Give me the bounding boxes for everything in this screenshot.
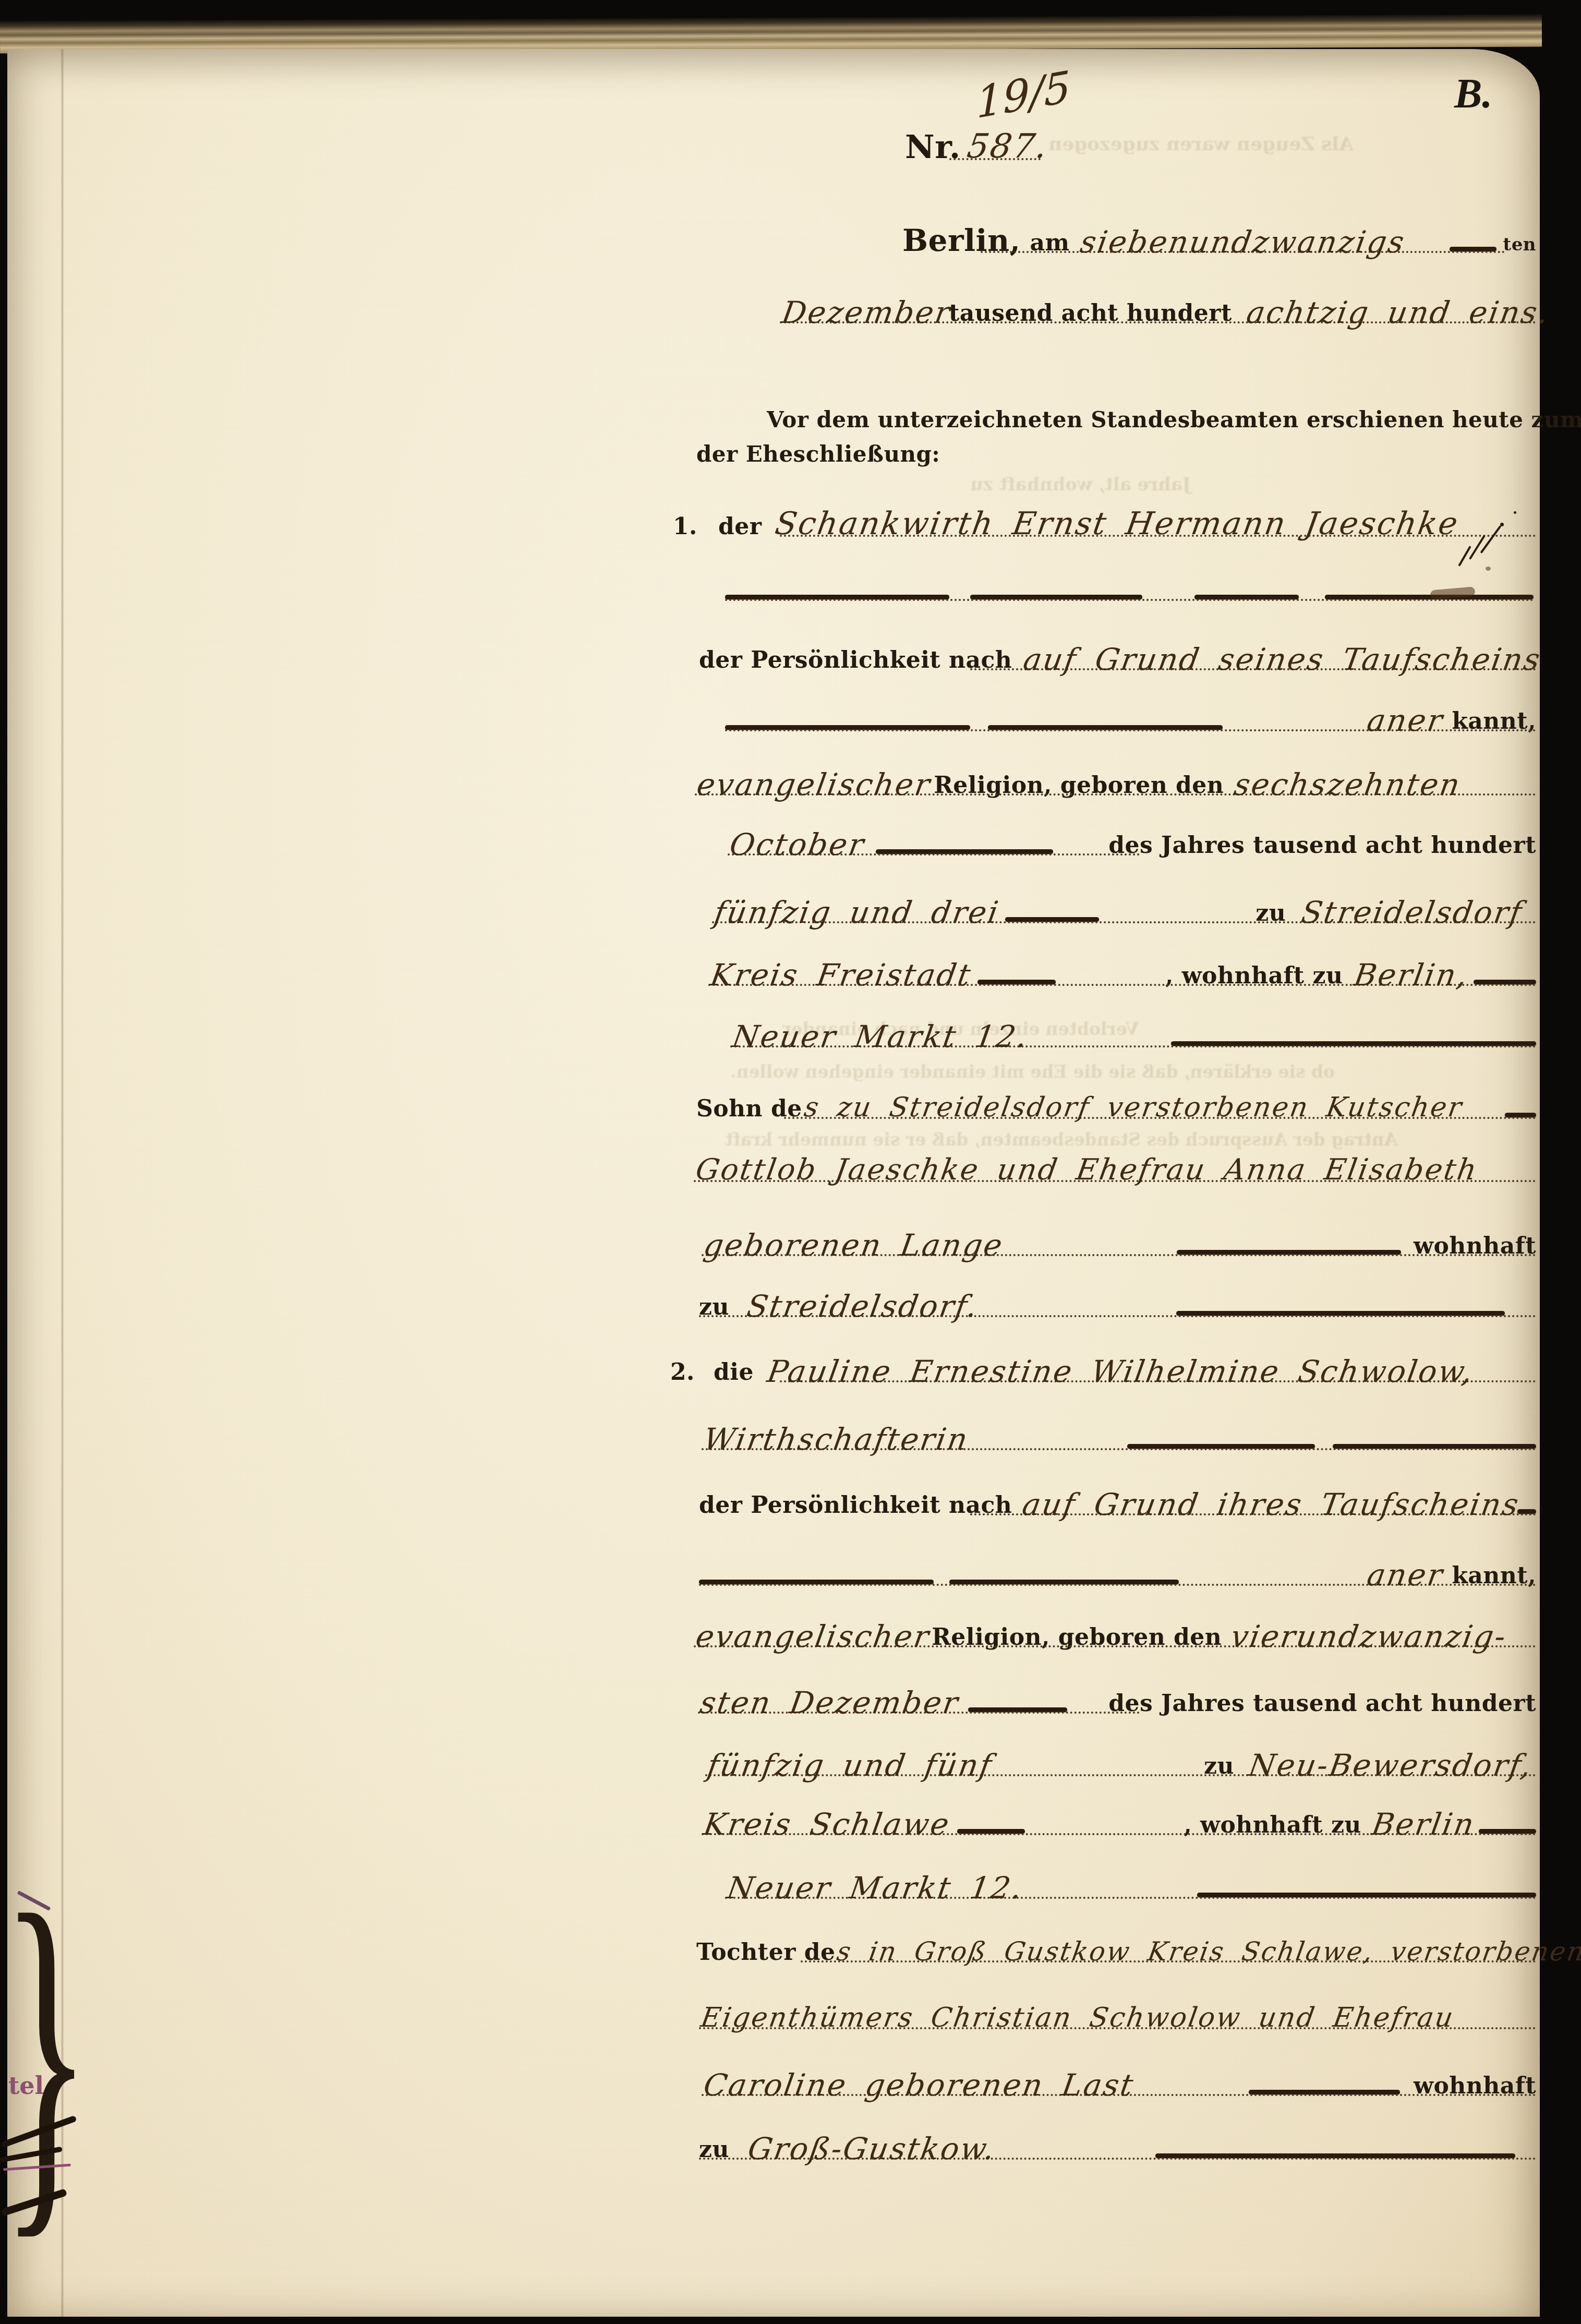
- handwritten-entry: fünfzig und fünf: [705, 1750, 995, 1780]
- handwritten-entry: sten Dezember: [698, 1688, 961, 1718]
- printed-form-text: die: [714, 1361, 754, 1384]
- handwritten-entry: 587.: [965, 130, 1051, 163]
- form-line: evangelischerReligion, geboren densechsz…: [695, 757, 1536, 802]
- form-line: Berlin,amsiebenundzwanzigsten: [902, 214, 1536, 259]
- form-line: Neuer Markt 12.: [725, 1860, 1536, 1905]
- bleed-through-text: ob sie erklären, daß sie die Ehe mit ein…: [730, 1063, 1335, 1080]
- form-line: Kreis Schlawe, wohnhaft zuBerlin: [702, 1797, 1536, 1841]
- handwritten-entry: evangelischer: [695, 769, 933, 800]
- page-content-layer: Als Zeugen waren zugezogenJahre alt, woh…: [0, 0, 1581, 2324]
- printed-form-text: des Jahres tausend acht hundert: [1108, 834, 1536, 857]
- handwritten-entry: Caroline geborenen Last: [702, 2070, 1137, 2100]
- form-line: der Persönlichkeit nachauf Grund seines …: [699, 632, 1536, 677]
- handwritten-entry: achtzig und eins.: [1245, 297, 1552, 328]
- form-line: Octoberdes Jahres tausend acht hundert: [728, 817, 1536, 862]
- form-line: Eigenthümers Christian Schwolow und Ehef…: [699, 1991, 1536, 2036]
- printed-form-text: der Persönlichkeit nach: [699, 649, 1012, 672]
- handwritten-entry: s zu Streidelsdorf verstorbenen Kutscher: [802, 1094, 1465, 1121]
- form-line: anerkannt,: [725, 693, 1536, 738]
- form-line: Neuer Markt 12.: [730, 1009, 1536, 1054]
- bleed-through-text: Als Zeugen waren zugezogen: [1048, 135, 1354, 153]
- book-bottom-edge: [0, 2317, 1581, 2324]
- margin-date-annotation: 19/5: [976, 66, 1071, 126]
- handwritten-entry: Groß-Gustkow.: [746, 2134, 998, 2164]
- handwritten-entry: Neuer Markt 12.: [730, 1021, 1031, 1052]
- printed-form-text: ten: [1503, 236, 1536, 254]
- form-line: zuGroß-Gustkow.: [699, 2121, 1536, 2166]
- bleed-through-text: Jahre alt, wohnhaft zu: [970, 476, 1191, 493]
- printed-form-text: der Persönlichkeit nach: [699, 1494, 1012, 1517]
- printed-form-text: 2.: [670, 1361, 695, 1384]
- form-line: sten Dezemberdes Jahres tausend acht hun…: [698, 1675, 1536, 1720]
- handwritten-entry: Wirthschafterin: [702, 1424, 971, 1454]
- handwritten-entry: auf Grund ihres Taufscheins: [1020, 1489, 1522, 1520]
- form-line: 1.derSchankwirth Ernst Hermann Jaeschke: [673, 498, 1536, 543]
- form-line: evangelischerReligion, geboren denvierun…: [694, 1609, 1536, 1654]
- printed-form-text: des Jahres tausend acht hundert: [1108, 1692, 1536, 1715]
- form-line: geborenen Langewohnhaft: [702, 1218, 1536, 1262]
- handwritten-entry: evangelischer: [694, 1621, 932, 1652]
- form-line: Dezembertausend acht hundertachtzig und …: [780, 285, 1536, 330]
- form-line: 2.diePauline Ernestine Wilhelmine Schwol…: [670, 1344, 1536, 1389]
- handwritten-entry: aner: [1365, 705, 1446, 736]
- form-line: Gottlob Jaeschke und Ehefrau Anna Elisab…: [694, 1143, 1536, 1188]
- handwritten-entry: s in Groß Gustkow Kreis Schlawe, verstor…: [835, 1938, 1581, 1965]
- handwritten-entry: sechszehnten: [1232, 769, 1463, 800]
- form-line: Nr.587.: [905, 122, 1061, 166]
- margin-purple-fragment: tel: [8, 2074, 44, 2098]
- handwritten-entry: fünfzig und drei: [712, 897, 1002, 928]
- handwritten-entry: Eigenthümers Christian Schwolow und Ehef…: [699, 2004, 1456, 2031]
- handwritten-entry: Neuer Markt 12.: [725, 1873, 1025, 1903]
- form-line: fünfzig und fünfzuNeu-Bewersdorf,: [705, 1738, 1536, 1783]
- handwritten-entry: geborenen Lange: [702, 1230, 1006, 1260]
- printed-form-text: der: [718, 515, 762, 538]
- handwritten-entry: vierundzwanzig-: [1229, 1621, 1509, 1652]
- form-line: der Eheschließung:: [696, 426, 1166, 471]
- handwritten-entry: Pauline Ernestine Wilhelmine Schwolow,: [765, 1356, 1476, 1387]
- margin-brace: }: [1, 1873, 91, 2233]
- handwritten-entry: Berlin: [1370, 1809, 1477, 1839]
- form-line: fünfzig und dreizuStreidelsdorf: [712, 885, 1536, 930]
- form-line: Sohn des zu Streidelsdorf verstorbenen K…: [696, 1080, 1536, 1125]
- handwritten-entry: Streidelsdorf: [1299, 897, 1525, 928]
- fill-in-dotted-rule: [725, 599, 1534, 601]
- handwritten-entry: auf Grund seines Taufscheins: [1021, 644, 1543, 675]
- form-line: [725, 562, 1534, 607]
- printed-form-text: 1.: [673, 515, 697, 538]
- form-line: Kreis Freistadt, wohnhaft zuBerlin,: [708, 947, 1536, 992]
- printed-form-text: der Eheschließung:: [696, 443, 940, 465]
- handwritten-entry: siebenundzwanzigs: [1078, 227, 1408, 257]
- scan-root: { "header": { "corner_letter": "B.", "ma…: [0, 0, 1581, 2324]
- form-line: Caroline geborenen Lastwohnhaft: [702, 2057, 1536, 2102]
- handwritten-entry: Streidelsdorf.: [745, 1291, 981, 1321]
- register-section-letter: B.: [1454, 73, 1492, 115]
- handwritten-entry: Neu-Bewersdorf,: [1247, 1750, 1535, 1780]
- handwritten-entry: Dezember: [780, 297, 954, 328]
- handwritten-entry: Schankwirth Ernst Hermann Jaeschke: [773, 508, 1462, 539]
- handwritten-entry: Kreis Freistadt: [708, 960, 974, 990]
- form-line: Tochter des in Groß Gustkow Kreis Schlaw…: [696, 1924, 1536, 1969]
- handwritten-entry: Berlin,: [1352, 960, 1471, 990]
- form-line: der Persönlichkeit nachauf Grund ihres T…: [699, 1477, 1536, 1522]
- form-line: zuStreidelsdorf.: [699, 1279, 1536, 1323]
- handwritten-entry: Gottlob Jaeschke und Ehefrau Anna Elisab…: [694, 1155, 1480, 1185]
- form-line: Wirthschafterin: [702, 1412, 1536, 1456]
- form-line: anerkannt,: [699, 1547, 1536, 1592]
- handwritten-entry: aner: [1365, 1560, 1446, 1590]
- handwritten-entry: Kreis Schlawe: [702, 1809, 952, 1839]
- handwritten-entry: October: [728, 829, 867, 860]
